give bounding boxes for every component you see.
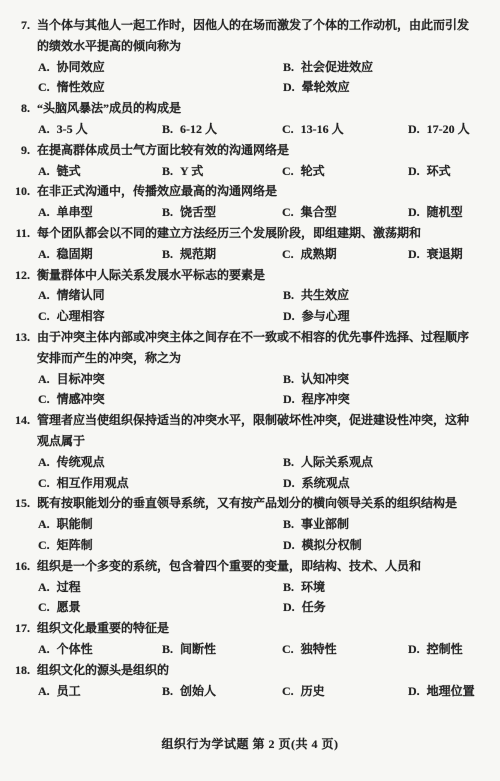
- option-a: A.传统观点: [38, 452, 283, 473]
- option-text: 晕轮效应: [302, 80, 350, 94]
- question-number: 16.: [8, 556, 30, 577]
- options-row: C.矩阵制D.模拟分权制: [38, 535, 492, 556]
- question-stem-line: 衡量群体中人际关系发展水平标志的要素是: [37, 265, 492, 286]
- option-label: D.: [283, 473, 295, 494]
- option-label: B.: [162, 119, 173, 140]
- option-d: D.任务: [283, 597, 492, 618]
- option-a: A.过程: [38, 577, 283, 598]
- option-c: C.愿景: [38, 597, 283, 618]
- question-item: 13.由于冲突主体内部或冲突主体之间存在不一致或不相容的优先事件选择、过程顺序安…: [8, 327, 492, 410]
- option-label: D.: [283, 597, 295, 618]
- question-number: 7.: [8, 15, 30, 36]
- option-label: D.: [408, 161, 420, 182]
- option-c: C.13-16 人: [282, 119, 408, 140]
- question-number: 12.: [8, 265, 30, 286]
- question-stem-row: 9.在提高群体成员士气方面比较有效的沟通网络是: [8, 140, 492, 161]
- question-number: 18.: [8, 660, 30, 681]
- option-c: C.情感冲突: [38, 389, 283, 410]
- option-text: 系统观点: [302, 476, 350, 490]
- option-text: 单串型: [57, 205, 93, 219]
- option-label: D.: [283, 306, 295, 327]
- option-label: D.: [283, 77, 295, 98]
- question-stem-line: 观点属于: [37, 431, 492, 452]
- question-stem-row: 18.组织文化的源头是组织的: [8, 660, 492, 681]
- question-item: 7.当个体与其他人一起工作时，因他人的在场而激发了个体的工作动机，由此而引发的绩…: [8, 15, 492, 98]
- option-text: 稳固期: [57, 247, 93, 261]
- question-stem-row: 10.在非正式沟通中，传播效应最高的沟通网络是: [8, 181, 492, 202]
- option-d: D.衰退期: [408, 244, 492, 265]
- option-label: C.: [282, 161, 294, 182]
- option-text: 集合型: [301, 205, 337, 219]
- option-a: A.3-5 人: [38, 119, 162, 140]
- option-label: D.: [408, 119, 420, 140]
- option-b: B.6-12 人: [162, 119, 282, 140]
- option-text: 传统观点: [57, 455, 105, 469]
- question-stem-row: 16.组织是一个多变的系统，包含着四个重要的变量，即结构、技术、人员和: [8, 556, 492, 577]
- option-text: 职能制: [57, 517, 93, 531]
- option-label: B.: [162, 681, 173, 702]
- option-c: C.相互作用观点: [38, 473, 283, 494]
- option-label: C.: [38, 535, 50, 556]
- question-stem-line: 既有按职能划分的垂直领导系统，又有按产品划分的横向领导关系的组织结构是: [37, 493, 492, 514]
- option-text: 17-20 人: [427, 122, 470, 136]
- option-text: 程序冲突: [302, 392, 350, 406]
- question-number: 14.: [8, 410, 30, 431]
- option-text: 独特性: [301, 642, 337, 656]
- question-stem-line: 组织文化最重要的特征是: [37, 618, 492, 639]
- options-row: C.心理相容D.参与心理: [38, 306, 492, 327]
- option-label: B.: [283, 514, 294, 535]
- option-text: 人际关系观点: [301, 455, 373, 469]
- option-label: A.: [38, 244, 50, 265]
- options-row: A.员工B.创始人C.历史D.地理位置: [38, 681, 492, 702]
- option-b: B.社会促进效应: [283, 57, 492, 78]
- option-b: B.事业部制: [283, 514, 492, 535]
- option-d: D.随机型: [408, 202, 492, 223]
- option-c: C.心理相容: [38, 306, 283, 327]
- option-text: 协同效应: [57, 60, 105, 74]
- option-d: D.控制性: [408, 639, 492, 660]
- option-b: B.环境: [283, 577, 492, 598]
- question-stem: 组织文化最重要的特征是: [37, 618, 492, 639]
- question-stem-line: 由于冲突主体内部或冲突主体之间存在不一致或不相容的优先事件选择、过程顺序: [37, 327, 492, 348]
- question-stem: 组织是一个多变的系统，包含着四个重要的变量，即结构、技术、人员和: [37, 556, 492, 577]
- option-label: C.: [282, 244, 294, 265]
- option-text: 6-12 人: [180, 122, 217, 136]
- question-stem-row: 13.由于冲突主体内部或冲突主体之间存在不一致或不相容的优先事件选择、过程顺序安…: [8, 327, 492, 369]
- option-text: 矩阵制: [57, 538, 93, 552]
- option-text: 共生效应: [301, 288, 349, 302]
- option-text: 随机型: [427, 205, 463, 219]
- option-text: 参与心理: [302, 309, 350, 323]
- option-label: B.: [162, 202, 173, 223]
- options-row: A.职能制B.事业部制: [38, 514, 492, 535]
- option-label: B.: [162, 639, 173, 660]
- options-row: A.单串型B.饶舌型C.集合型D.随机型: [38, 202, 492, 223]
- question-stem-row: 14.管理者应当使组织保持适当的冲突水平，限制破坏性冲突，促进建设性冲突，这种观…: [8, 410, 492, 452]
- question-stem: 组织文化的源头是组织的: [37, 660, 492, 681]
- option-label: C.: [38, 473, 50, 494]
- options-row: C.相互作用观点D.系统观点: [38, 473, 492, 494]
- option-label: B.: [162, 161, 173, 182]
- option-c: C.成熟期: [282, 244, 408, 265]
- option-text: 愿景: [57, 600, 81, 614]
- option-label: D.: [408, 639, 420, 660]
- option-text: 13-16 人: [301, 122, 344, 136]
- option-label: D.: [408, 244, 420, 265]
- question-item: 14.管理者应当使组织保持适当的冲突水平，限制破坏性冲突，促进建设性冲突，这种观…: [8, 410, 492, 493]
- option-text: 社会促进效应: [301, 60, 373, 74]
- question-stem: 由于冲突主体内部或冲突主体之间存在不一致或不相容的优先事件选择、过程顺序安排而产…: [37, 327, 492, 369]
- options-row: A.稳固期B.规范期C.成熟期D.衰退期: [38, 244, 492, 265]
- page-footer: 组织行为学试题 第 2 页(共 4 页): [8, 734, 492, 754]
- options-row: A.协同效应B.社会促进效应: [38, 57, 492, 78]
- option-text: 成熟期: [301, 247, 337, 261]
- question-stem-row: 11.每个团队都会以不同的建立方法经历三个发展阶段，即组建期、激荡期和: [8, 223, 492, 244]
- option-c: C.矩阵制: [38, 535, 283, 556]
- option-text: 模拟分权制: [302, 538, 362, 552]
- option-d: D.模拟分权制: [283, 535, 492, 556]
- option-label: D.: [408, 681, 420, 702]
- options-row: C.情感冲突D.程序冲突: [38, 389, 492, 410]
- option-c: C.历史: [282, 681, 408, 702]
- option-a: A.个体性: [38, 639, 162, 660]
- option-d: D.环式: [408, 161, 492, 182]
- options-row: A.过程B.环境: [38, 577, 492, 598]
- question-stem: “头脑风暴法”成员的构成是: [37, 98, 492, 119]
- question-stem-line: 在非正式沟通中，传播效应最高的沟通网络是: [37, 181, 492, 202]
- option-a: A.单串型: [38, 202, 162, 223]
- option-text: 个体性: [57, 642, 93, 656]
- option-text: 认知冲突: [301, 372, 349, 386]
- option-label: D.: [283, 535, 295, 556]
- option-label: A.: [38, 681, 50, 702]
- option-b: B.间断性: [162, 639, 282, 660]
- question-stem-line: 安排而产生的冲突，称之为: [37, 348, 492, 369]
- option-label: A.: [38, 202, 50, 223]
- option-label: A.: [38, 577, 50, 598]
- option-b: B.共生效应: [283, 285, 492, 306]
- question-stem: 管理者应当使组织保持适当的冲突水平，限制破坏性冲突，促进建设性冲突，这种观点属于: [37, 410, 492, 452]
- option-a: A.目标冲突: [38, 369, 283, 390]
- option-text: 环式: [427, 164, 451, 178]
- option-text: 情感冲突: [57, 392, 105, 406]
- question-stem-line: 当个体与其他人一起工作时，因他人的在场而激发了个体的工作动机，由此而引发: [37, 15, 492, 36]
- question-item: 12.衡量群体中人际关系发展水平标志的要素是A.情绪认同B.共生效应C.心理相容…: [8, 265, 492, 327]
- question-number: 13.: [8, 327, 30, 348]
- option-label: A.: [38, 452, 50, 473]
- option-label: A.: [38, 119, 50, 140]
- question-item: 15.既有按职能划分的垂直领导系统，又有按产品划分的横向领导关系的组织结构是A.…: [8, 493, 492, 555]
- option-text: 事业部制: [301, 517, 349, 531]
- option-label: C.: [38, 597, 50, 618]
- question-stem-row: 12.衡量群体中人际关系发展水平标志的要素是: [8, 265, 492, 286]
- question-number: 17.: [8, 618, 30, 639]
- option-a: A.情绪认同: [38, 285, 283, 306]
- question-item: 18.组织文化的源头是组织的A.员工B.创始人C.历史D.地理位置: [8, 660, 492, 702]
- question-stem-line: 管理者应当使组织保持适当的冲突水平，限制破坏性冲突，促进建设性冲突，这种: [37, 410, 492, 431]
- option-d: D.参与心理: [283, 306, 492, 327]
- question-item: 9.在提高群体成员士气方面比较有效的沟通网络是A.链式B.Y 式C.轮式D.环式: [8, 140, 492, 182]
- question-stem: 每个团队都会以不同的建立方法经历三个发展阶段，即组建期、激荡期和: [37, 223, 492, 244]
- option-label: C.: [282, 681, 294, 702]
- option-label: C.: [38, 306, 50, 327]
- option-b: B.人际关系观点: [283, 452, 492, 473]
- option-c: C.集合型: [282, 202, 408, 223]
- option-label: C.: [282, 202, 294, 223]
- question-item: 17.组织文化最重要的特征是A.个体性B.间断性C.独特性D.控制性: [8, 618, 492, 660]
- option-text: 控制性: [427, 642, 463, 656]
- option-text: 相互作用观点: [57, 476, 129, 490]
- option-d: D.17-20 人: [408, 119, 492, 140]
- question-number: 10.: [8, 181, 30, 202]
- option-label: D.: [283, 389, 295, 410]
- option-label: B.: [283, 369, 294, 390]
- exam-page: 7.当个体与其他人一起工作时，因他人的在场而激发了个体的工作动机，由此而引发的绩…: [0, 0, 500, 781]
- question-stem-line: 的绩效水平提高的倾向称为: [37, 36, 492, 57]
- option-d: D.地理位置: [408, 681, 492, 702]
- option-label: C.: [38, 389, 50, 410]
- option-label: B.: [283, 285, 294, 306]
- option-b: B.饶舌型: [162, 202, 282, 223]
- option-a: A.员工: [38, 681, 162, 702]
- option-text: 历史: [301, 684, 325, 698]
- option-text: 心理相容: [57, 309, 105, 323]
- option-b: B.创始人: [162, 681, 282, 702]
- question-stem: 在非正式沟通中，传播效应最高的沟通网络是: [37, 181, 492, 202]
- option-text: 环境: [301, 580, 325, 594]
- option-a: A.链式: [38, 161, 162, 182]
- options-row: C.愿景D.任务: [38, 597, 492, 618]
- option-text: 饶舌型: [180, 205, 216, 219]
- question-stem-line: 组织文化的源头是组织的: [37, 660, 492, 681]
- option-text: 规范期: [180, 247, 216, 261]
- option-text: 链式: [57, 164, 81, 178]
- option-label: C.: [38, 77, 50, 98]
- option-text: 轮式: [301, 164, 325, 178]
- options-row: A.目标冲突B.认知冲突: [38, 369, 492, 390]
- question-item: 10.在非正式沟通中，传播效应最高的沟通网络是A.单串型B.饶舌型C.集合型D.…: [8, 181, 492, 223]
- question-stem-line: 在提高群体成员士气方面比较有效的沟通网络是: [37, 140, 492, 161]
- option-text: 3-5 人: [57, 122, 88, 136]
- option-label: A.: [38, 639, 50, 660]
- option-b: B.Y 式: [162, 161, 282, 182]
- option-text: 创始人: [180, 684, 216, 698]
- question-stem: 当个体与其他人一起工作时，因他人的在场而激发了个体的工作动机，由此而引发的绩效水…: [37, 15, 492, 57]
- question-number: 11.: [8, 223, 30, 244]
- option-b: B.规范期: [162, 244, 282, 265]
- option-text: 情绪认同: [57, 288, 105, 302]
- option-text: 地理位置: [427, 684, 475, 698]
- option-text: 任务: [302, 600, 326, 614]
- option-label: A.: [38, 369, 50, 390]
- question-stem: 在提高群体成员士气方面比较有效的沟通网络是: [37, 140, 492, 161]
- question-stem-line: 组织是一个多变的系统，包含着四个重要的变量，即结构、技术、人员和: [37, 556, 492, 577]
- option-c: C.惰性效应: [38, 77, 283, 98]
- option-text: 间断性: [180, 642, 216, 656]
- options-row: A.个体性B.间断性C.独特性D.控制性: [38, 639, 492, 660]
- option-text: 衰退期: [427, 247, 463, 261]
- options-row: C.惰性效应D.晕轮效应: [38, 77, 492, 98]
- question-number: 8.: [8, 98, 30, 119]
- option-label: A.: [38, 161, 50, 182]
- question-item: 16.组织是一个多变的系统，包含着四个重要的变量，即结构、技术、人员和A.过程B…: [8, 556, 492, 618]
- option-text: 员工: [57, 684, 81, 698]
- option-d: D.晕轮效应: [283, 77, 492, 98]
- option-b: B.认知冲突: [283, 369, 492, 390]
- option-d: D.程序冲突: [283, 389, 492, 410]
- question-stem: 既有按职能划分的垂直领导系统，又有按产品划分的横向领导关系的组织结构是: [37, 493, 492, 514]
- option-label: C.: [282, 639, 294, 660]
- options-row: A.链式B.Y 式C.轮式D.环式: [38, 161, 492, 182]
- option-c: C.轮式: [282, 161, 408, 182]
- option-label: C.: [282, 119, 294, 140]
- question-item: 11.每个团队都会以不同的建立方法经历三个发展阶段，即组建期、激荡期和A.稳固期…: [8, 223, 492, 265]
- option-a: A.协同效应: [38, 57, 283, 78]
- question-number: 9.: [8, 140, 30, 161]
- options-row: A.3-5 人B.6-12 人C.13-16 人D.17-20 人: [38, 119, 492, 140]
- question-stem-row: 17.组织文化最重要的特征是: [8, 618, 492, 639]
- option-label: B.: [283, 577, 294, 598]
- option-label: A.: [38, 57, 50, 78]
- option-label: D.: [408, 202, 420, 223]
- option-label: B.: [283, 57, 294, 78]
- option-text: 过程: [57, 580, 81, 594]
- questions-list: 7.当个体与其他人一起工作时，因他人的在场而激发了个体的工作动机，由此而引发的绩…: [8, 15, 492, 701]
- option-label: B.: [283, 452, 294, 473]
- question-stem: 衡量群体中人际关系发展水平标志的要素是: [37, 265, 492, 286]
- option-label: B.: [162, 244, 173, 265]
- question-item: 8.“头脑风暴法”成员的构成是A.3-5 人B.6-12 人C.13-16 人D…: [8, 98, 492, 140]
- option-label: A.: [38, 285, 50, 306]
- question-stem-row: 8.“头脑风暴法”成员的构成是: [8, 98, 492, 119]
- option-a: A.稳固期: [38, 244, 162, 265]
- option-text: Y 式: [180, 164, 203, 178]
- question-stem-line: “头脑风暴法”成员的构成是: [37, 98, 492, 119]
- options-row: A.情绪认同B.共生效应: [38, 285, 492, 306]
- option-label: A.: [38, 514, 50, 535]
- question-stem-row: 7.当个体与其他人一起工作时，因他人的在场而激发了个体的工作动机，由此而引发的绩…: [8, 15, 492, 57]
- options-row: A.传统观点B.人际关系观点: [38, 452, 492, 473]
- question-stem-line: 每个团队都会以不同的建立方法经历三个发展阶段，即组建期、激荡期和: [37, 223, 492, 244]
- option-a: A.职能制: [38, 514, 283, 535]
- option-text: 目标冲突: [57, 372, 105, 386]
- question-number: 15.: [8, 493, 30, 514]
- option-text: 惰性效应: [57, 80, 105, 94]
- option-c: C.独特性: [282, 639, 408, 660]
- option-d: D.系统观点: [283, 473, 492, 494]
- question-stem-row: 15.既有按职能划分的垂直领导系统，又有按产品划分的横向领导关系的组织结构是: [8, 493, 492, 514]
